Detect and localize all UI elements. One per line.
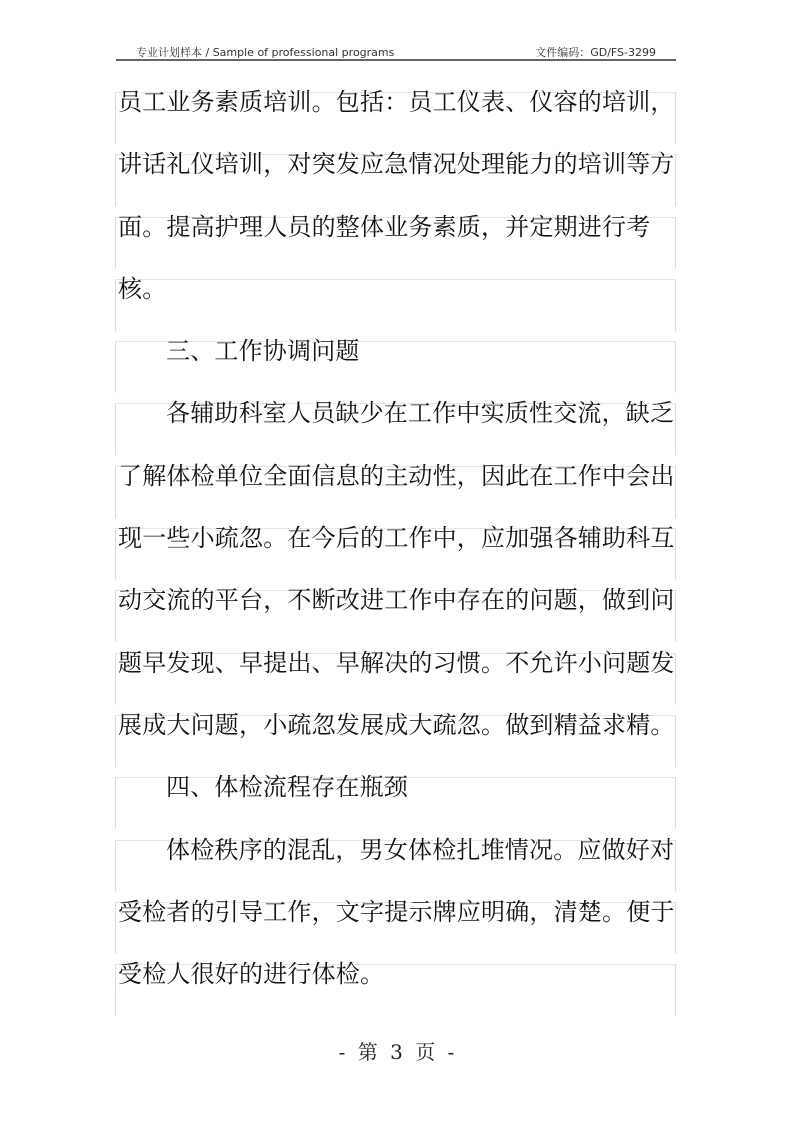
header-doc-type: 专业计划样本 / Sample of professional programs: [136, 44, 394, 60]
text-line: 了解体检单位全面信息的主动性，因此在工作中会出: [115, 466, 676, 518]
header-divider: [116, 59, 676, 61]
text-line: 体检秩序的混乱，男女体检扎堆情况。应做好对: [115, 840, 676, 892]
text-line: 各辅助科室人员缺少在工作中实质性交流，缺乏: [115, 403, 676, 455]
section-heading: 三、工作协调问题: [115, 341, 676, 393]
text-line: 现一些小疏忽。在今后的工作中，应加强各辅助科互: [115, 528, 676, 580]
text-line: 员工业务素质培训。包括：员工仪表、仪容的培训，: [115, 92, 676, 144]
text-line: 面。提高护理人员的整体业务素质，并定期进行考: [115, 217, 676, 269]
text-line: 受检者的引导工作，文字提示牌应明确，清楚。便于: [115, 902, 676, 954]
page-number: - 第 3 页 -: [0, 1036, 793, 1065]
text-line: 受检人很好的进行体检。: [115, 964, 676, 1016]
page-header: 专业计划样本 / Sample of professional programs…: [116, 42, 676, 59]
document-body: 员工业务素质培训。包括：员工仪表、仪容的培训， 讲话礼仪培训，对突发应急情况处理…: [115, 92, 676, 1026]
header-doc-code: 文件编码：GD/FS-3299: [535, 44, 656, 60]
text-line: 讲话礼仪培训，对突发应急情况处理能力的培训等方: [115, 154, 676, 206]
text-line: 动交流的平台，不断改进工作中存在的问题，做到问: [115, 590, 676, 642]
text-line: 展成大问题，小疏忽发展成大疏忽。做到精益求精。: [115, 715, 676, 767]
section-heading: 四、体检流程存在瓶颈: [115, 777, 676, 829]
text-line: 核。: [115, 279, 676, 331]
text-line: 题早发现、早提出、早解决的习惯。不允许小问题发: [115, 653, 676, 705]
